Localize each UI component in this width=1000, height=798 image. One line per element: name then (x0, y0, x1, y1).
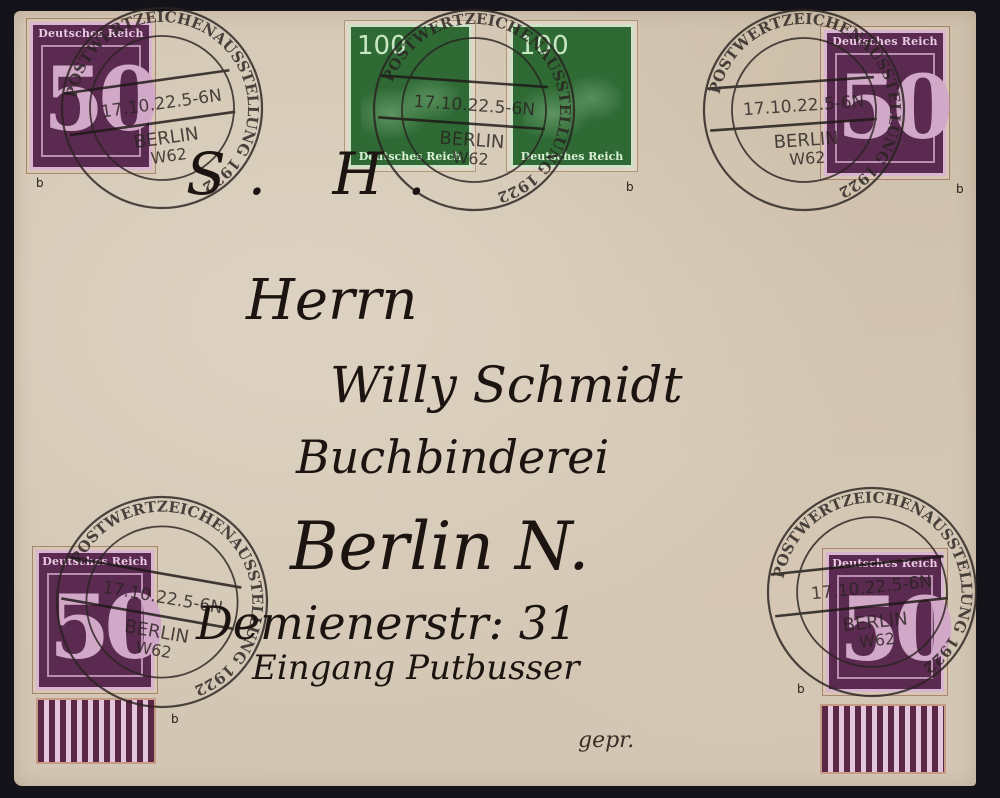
salutation-text: S. H. (186, 140, 450, 208)
stamp-50-top-right: Deutsches Reich 50 (824, 30, 946, 176)
stamp-50-top-left: Deutsches Reich 50 (30, 22, 152, 170)
recipient-occupation-text: Buchbinderei (296, 430, 609, 484)
stamp-value: 50 (837, 63, 933, 151)
stamp-value: 100 (357, 31, 407, 61)
recipient-street-text: Demienerstr: 31 (196, 596, 577, 650)
stamp-value: 50 (49, 583, 141, 671)
plate-mark: b (956, 182, 964, 196)
recipient-name-text: Willy Schmidt (330, 356, 683, 414)
stamp-value: 50 (43, 55, 139, 143)
stamp-50-bottom-left: Deutsches Reich 50 (36, 550, 154, 690)
stamp-country: Deutsches Reich (39, 555, 151, 568)
stamp-country: Deutsches Reich (513, 150, 631, 163)
workers-scene-illustration (523, 67, 621, 145)
stamp-country: Deutsches Reich (33, 27, 149, 40)
stamp-country: Deutsches Reich (827, 35, 943, 48)
plate-mark: b (36, 176, 44, 190)
recipient-title-text: Herrn (246, 268, 418, 333)
sheet-margin-bars-bottom-left (36, 698, 156, 764)
recipient-entrance-text: Eingang Putbusser (252, 648, 579, 688)
stamp-value: 100 (519, 31, 569, 61)
stamp-100-top-center-right: 100 Deutsches Reich (510, 24, 634, 168)
sheet-margin-bars-bottom-right (820, 704, 946, 774)
workers-scene-illustration (361, 67, 459, 145)
plate-mark: b (797, 682, 805, 696)
stamp-country: Deutsches Reich (829, 557, 941, 570)
recipient-city-text: Berlin N. (290, 508, 589, 585)
plate-mark: b (171, 712, 179, 726)
plate-mark: b (626, 180, 634, 194)
stamp-value: 50 (839, 585, 931, 673)
stamp-50-bottom-right: Deutsches Reich 50 (826, 552, 944, 692)
expert-signature-text: gepr. (578, 728, 634, 753)
